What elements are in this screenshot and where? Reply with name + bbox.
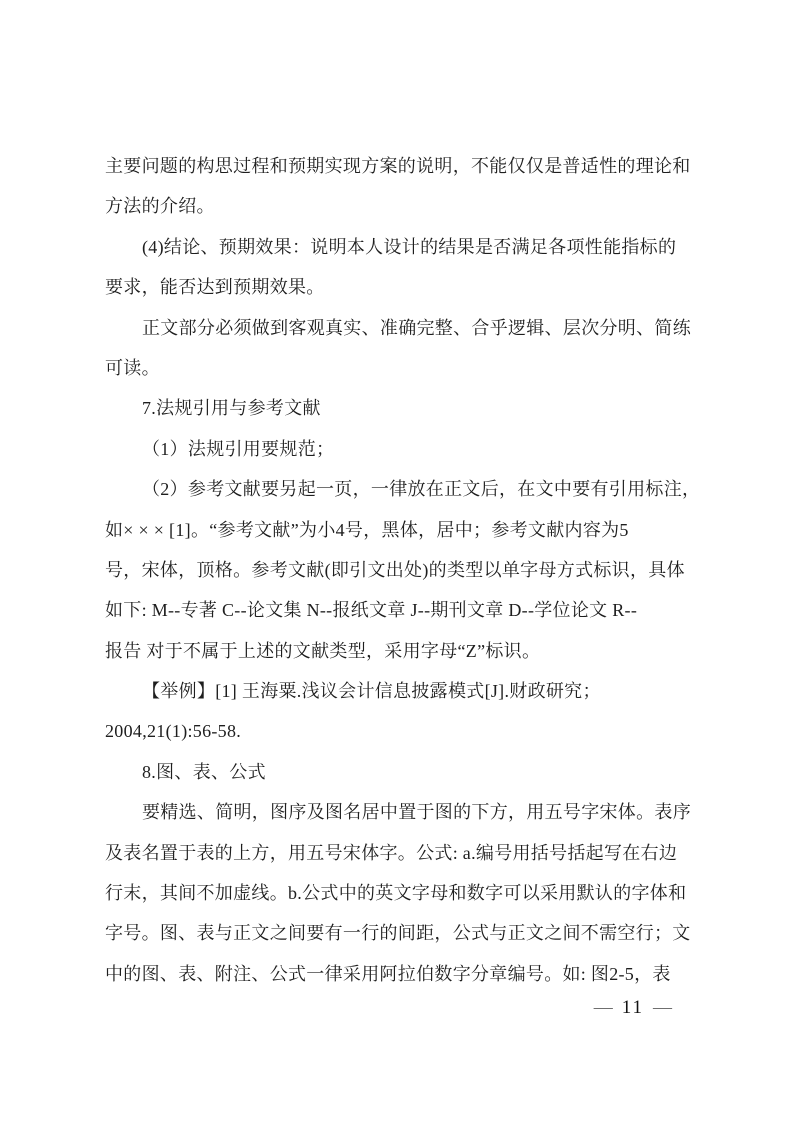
text-line: 如下: M--专著 C--论文集 N--报纸文章 J--期刊文章 D--学位论文… — [105, 590, 693, 630]
text-line: 要精选、简明，图序及图名居中置于图的下方，用五号字宋体。表序 — [105, 792, 693, 832]
paragraph: 主要问题的构思过程和预期实现方案的说明，不能仅仅是普适性的理论和方法的介绍。 — [105, 146, 693, 227]
text-line: 号，宋体，顶格。参考文献(即引文出处)的类型以单字母方式标识，具体 — [105, 550, 693, 590]
paragraph: 要精选、简明，图序及图名居中置于图的下方，用五号字宋体。表序及表名置于表的上方，… — [105, 792, 693, 994]
text-line: (4)结论、预期效果：说明本人设计的结果是否满足各项性能指标的 — [105, 227, 693, 267]
paragraph: (4)结论、预期效果：说明本人设计的结果是否满足各项性能指标的要求，能否达到预期… — [105, 227, 693, 308]
document-page: 主要问题的构思过程和预期实现方案的说明，不能仅仅是普适性的理论和方法的介绍。(4… — [0, 0, 793, 1122]
page-footer: —11— — [105, 994, 693, 1022]
paragraph: 8.图、表、公式 — [105, 752, 693, 792]
text-line: 要求，能否达到预期效果。 — [105, 267, 693, 307]
text-line: 及表名置于表的上方，用五号宋体字。公式: a.编号用括号括起写在右边 — [105, 833, 693, 873]
page-number: 11 — [622, 997, 644, 1018]
footer-dash-right: — — [644, 997, 681, 1018]
text-line: 字号。图、表与正文之间要有一行的间距，公式与正文之间不需空行；文 — [105, 913, 693, 953]
text-line: 主要问题的构思过程和预期实现方案的说明，不能仅仅是普适性的理论和 — [105, 146, 693, 186]
paragraph: （2）参考文献要另起一页，一律放在正文后，在文中要有引用标注，如× × × [1… — [105, 469, 693, 671]
body-text: 主要问题的构思过程和预期实现方案的说明，不能仅仅是普适性的理论和方法的介绍。(4… — [105, 146, 693, 994]
text-line: 行末，其间不加虚线。b.公式中的英文字母和数字可以采用默认的字体和 — [105, 873, 693, 913]
text-line: 报告 对于不属于上述的文献类型，采用字母“Z”标识。 — [105, 631, 693, 671]
text-line: 2004,21(1):56-58. — [105, 711, 693, 751]
text-line: 中的图、表、附注、公式一律采用阿拉伯数字分章编号。如: 图2-5，表 — [105, 954, 693, 994]
text-line: 【举例】[1] 王海粟.浅议会计信息披露模式[J].财政研究； — [105, 671, 693, 711]
paragraph: 7.法规引用与参考文献 — [105, 388, 693, 428]
text-line: 7.法规引用与参考文献 — [105, 388, 693, 428]
footer-dash-left: — — [585, 997, 622, 1018]
text-line: 8.图、表、公式 — [105, 752, 693, 792]
text-line: 方法的介绍。 — [105, 186, 693, 226]
paragraph: 【举例】[1] 王海粟.浅议会计信息披露模式[J].财政研究；2004,21(1… — [105, 671, 693, 752]
paragraph: （1）法规引用要规范； — [105, 429, 693, 469]
paragraph: 正文部分必须做到客观真实、准确完整、合乎逻辑、层次分明、简练可读。 — [105, 308, 693, 389]
text-line: 如× × × [1]。“参考文献”为小4号，黑体，居中；参考文献内容为5 — [105, 510, 693, 550]
text-line: 可读。 — [105, 348, 693, 388]
text-line: （1）法规引用要规范； — [105, 429, 693, 469]
text-line: 正文部分必须做到客观真实、准确完整、合乎逻辑、层次分明、简练 — [105, 308, 693, 348]
text-line: （2）参考文献要另起一页，一律放在正文后，在文中要有引用标注， — [105, 469, 693, 509]
